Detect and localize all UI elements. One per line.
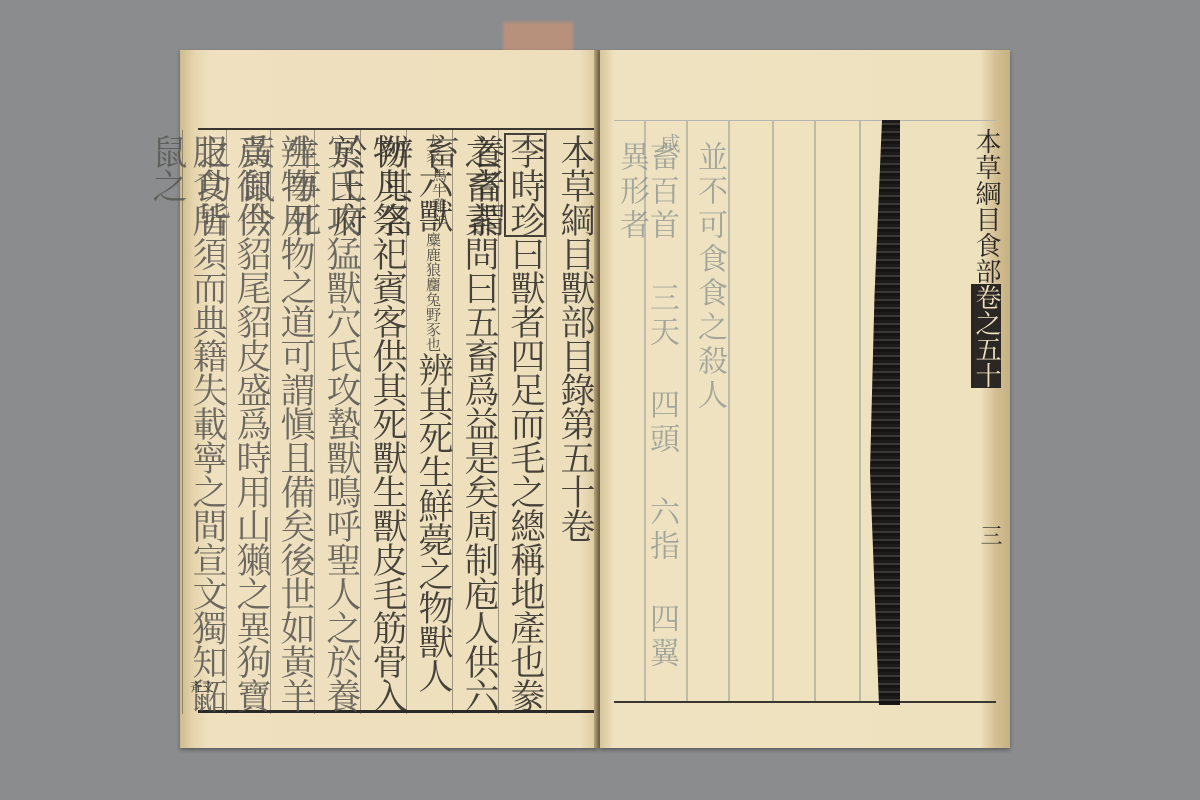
text-column-1: 李時珍曰獸者四足而毛之總稱地產也豢養者謂 xyxy=(498,130,545,714)
fore-edge-volume: 卷之五十 xyxy=(971,284,1001,388)
fore-edge-title: 本草綱目食部卷之五十 xyxy=(974,128,998,388)
right-page: 畜百首 三天 四頭 六指 四翼 異形者 並不可食食之殺人 咸 本草綱目食部卷之五… xyxy=(600,50,1010,748)
margin-note: 斉文 xyxy=(190,678,214,695)
chapter-title-column: 本草綱目獸部目錄第五十卷 xyxy=(546,130,595,714)
text-column-5: 冥氏攻猛獸穴氏攻蟄獸鳴呼聖人之於養生事死 xyxy=(314,130,361,714)
show-through-text-column-3: 咸 xyxy=(654,133,684,157)
ghost-rule xyxy=(859,121,861,701)
ghost-rule xyxy=(772,121,774,701)
text-column-3-head: 六獸 xyxy=(413,164,453,232)
show-through-text-column-2: 並不可食食之殺人 xyxy=(694,141,724,413)
show-through-text-column-1: 畜百首 三天 四頭 六指 四翼 異形者 xyxy=(616,141,676,701)
text-column-8: 服食所須而典籍失載寧之間宣文獨知鼫鼠之 xyxy=(182,130,227,714)
text-column-3: 犬豕六獸麋鹿狼麕兔野豕也辨其死生鮮薨之物獸人辨其名 xyxy=(406,130,453,714)
text-column-7: 爲御供貂尾貂皮盛爲時用山獺之異狗寶之功皆 xyxy=(226,130,271,714)
ghost-rule xyxy=(728,121,730,701)
left-text-frame: 本草綱目獸部目錄第五十卷 李時珍曰獸者四足而毛之總稱地產也豢養者謂 之畜素問曰五… xyxy=(198,128,596,713)
boxed-author-name: 李時珍 xyxy=(505,134,545,236)
inline-note-prefix: 犬豕 xyxy=(424,134,442,164)
text-column-2: 之畜素問曰五畜爲益是矣周制庖人供六畜馬牛雞羊 xyxy=(452,130,499,714)
ghost-rule xyxy=(686,121,688,701)
right-text-frame: 畜百首 三天 四頭 六指 四翼 異形者 並不可食食之殺人 咸 xyxy=(614,120,996,703)
text-column-4: 物凡祭祀賓客供其死獸生獸皮毛筋骨入於王府 xyxy=(360,130,407,714)
left-page: 本草綱目獸部目錄第五十卷 李時珍曰獸者四足而毛之總稱地產也豢養者謂 之畜素問曰五… xyxy=(180,50,598,748)
fore-edge-title-text: 本草綱目食部 xyxy=(971,128,1001,284)
open-book: 本草綱目獸部目錄第五十卷 李時珍曰獸者四足而毛之總稱地產也豢養者謂 之畜素問曰五… xyxy=(180,50,1010,748)
text-column-6: 辨物用物之道可謂愼且備矣後世如黃羊黃鼠今 xyxy=(270,130,315,714)
inline-note-wild-beasts: 麋鹿狼麕兔野豕也 xyxy=(424,232,442,352)
page-number: 三 xyxy=(974,524,1005,546)
ghost-rule xyxy=(814,121,816,701)
